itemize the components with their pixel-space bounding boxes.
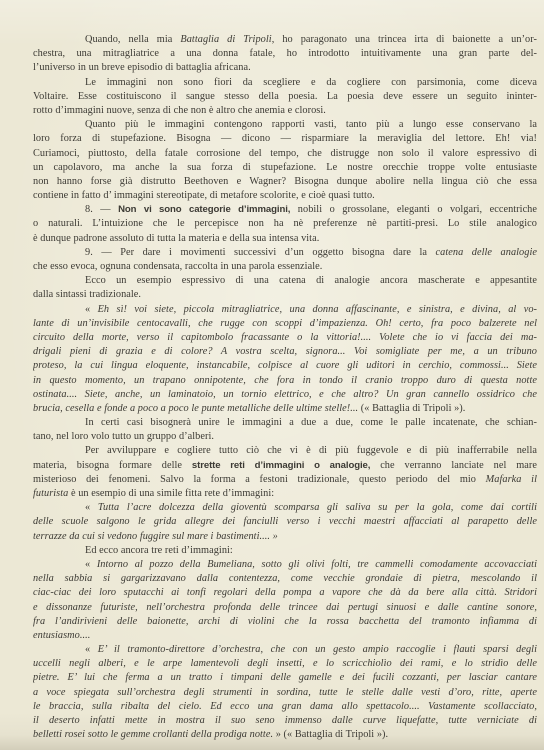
text-segment: « xyxy=(85,502,98,513)
text-line: a voce spiegata sull’orchestra degli str… xyxy=(33,686,537,700)
italic-text-segment: le braccia, sulla ribalta del cielo. Ed … xyxy=(33,701,537,712)
paragraph: Quanto più le immagini contengono rappor… xyxy=(33,118,537,203)
text-segment: misterioso dei fenomeni. Salvo la forma … xyxy=(33,474,486,485)
book-page: Quando, nella mia Battaglia di Tripoli, … xyxy=(0,0,544,750)
text-line: il deserto infatti mette in mostra il su… xyxy=(33,714,537,728)
text-line: Ecco un esempio espressivo di una catena… xyxy=(33,274,537,288)
paragraph: « Intorno al pozzo della Bumeliana, sott… xyxy=(33,558,537,643)
text-segment: In certi casi bisognerà unire le immagin… xyxy=(85,417,537,428)
text-segment: Quando, nella mia xyxy=(85,34,180,45)
text-segment: « xyxy=(85,644,98,655)
text-line: « E’ il tramonto-direttore d’orchestra, … xyxy=(33,643,537,657)
text-line: delle scuole salgono le grida allegre de… xyxy=(33,515,537,529)
text-line: chestra, una mitragliatrice a una donna … xyxy=(33,47,537,61)
text-line: ostinata.... Siete, anche, un laminatoio… xyxy=(33,388,537,402)
text-line: che esso evoca, ognuna condensata, racco… xyxy=(33,260,537,274)
italic-text-segment: a voce spiegata sull’orchestra degli str… xyxy=(33,687,537,698)
text-segment: Voltaire. Esse costituiscono il sangue s… xyxy=(33,91,537,102)
text-line: misterioso dei fenomeni. Salvo la forma … xyxy=(33,473,537,487)
paragraph: Per avviluppare e cogliere tutto ciò che… xyxy=(33,444,537,501)
text-segment: un capolavoro, ma anche la sua forza di … xyxy=(33,162,537,173)
text-line: terrazze da cui si vedono fuggire sul ma… xyxy=(33,530,537,544)
text-line: « Tutta l’acre dolcezza della gioventù s… xyxy=(33,501,537,515)
text-line: è dunque padrone assoluto di tutta la ma… xyxy=(33,232,537,246)
text-line: Quando, nella mia Battaglia di Tripoli, … xyxy=(33,33,537,47)
text-line: lante di un’invisibile centocavalli, che… xyxy=(33,317,537,331)
text-line: futurista è un esempio di una simile fit… xyxy=(33,487,537,501)
italic-text-segment: circuito della morte, verso il capitombo… xyxy=(33,332,537,343)
bold-text-segment: Non vi sono categorie d’immagini, xyxy=(118,204,290,215)
text-line: pietre. E’ lui che ferma a un tratto i t… xyxy=(33,671,537,685)
italic-text-segment: Eh sì! voi siete, piccola mitragliatrice… xyxy=(98,304,537,315)
text-segment: 9. — Per dare i movimenti successivi d’u… xyxy=(85,247,436,258)
text-line: Quanto più le immagini contengono rappor… xyxy=(33,118,537,132)
text-segment: o naturali. L’intuizione che le percepis… xyxy=(33,218,537,229)
text-line: Per avviluppare e cogliere tutto ciò che… xyxy=(33,444,537,458)
paragraph: 9. — Per dare i movimenti successivi d’u… xyxy=(33,246,537,274)
text-segment: « xyxy=(85,559,97,570)
text-line: tano, nel loro volo tutto un gruppo d’al… xyxy=(33,430,537,444)
italic-text-segment: proteso, la cui lingua eloquente, instan… xyxy=(33,360,537,371)
text-line: o naturali. L’intuizione che le percepis… xyxy=(33,217,537,231)
text-line: loro forza di stupefazione. Bisogna — di… xyxy=(33,132,537,146)
text-segment: « xyxy=(85,304,98,315)
italic-text-segment: terrazze da cui si vedono fuggire sul ma… xyxy=(33,531,278,542)
italic-text-segment: Tutta l’acre dolcezza della gioventù sco… xyxy=(98,502,537,513)
italic-text-segment: ciac-ciac dei loro sputacchi ai tonfi re… xyxy=(33,587,537,598)
text-segment: dalla sintassi tradizionale. xyxy=(33,289,141,300)
text-segment: è un esempio di una simile fitta rete d’… xyxy=(68,488,274,499)
text-segment: , ho paragonato una trincea irta di baio… xyxy=(272,34,537,45)
paragraph: Le immagini non sono fiori da scegliere … xyxy=(33,76,537,119)
italic-text-segment: uccelli negli alberi, e le arpe lamentev… xyxy=(33,658,537,669)
text-segment: Curiamoci, piuttosto, della fatale corro… xyxy=(33,148,537,159)
text-line: uccelli negli alberi, e le arpe lamentev… xyxy=(33,657,537,671)
text-line: Ed ecco ancora tre reti d’immagini: xyxy=(33,544,537,558)
page-text: Quando, nella mia Battaglia di Tripoli, … xyxy=(33,33,537,742)
text-line: proteso, la cui lingua eloquente, instan… xyxy=(33,359,537,373)
text-line: brucia, cesella e fonde a poco a poco le… xyxy=(33,402,537,416)
italic-text-segment: drigali pieni di grazia e di colore? A v… xyxy=(33,346,537,357)
italic-text-segment: delle scuole salgono le grida allegre de… xyxy=(33,516,537,527)
text-segment: Quanto più le immagini contengono rappor… xyxy=(85,119,537,130)
text-line: Curiamoci, piuttosto, della fatale corro… xyxy=(33,147,537,161)
text-line: dalla sintassi tradizionale. xyxy=(33,288,537,302)
text-line: e dissonanze futuriste, nell’orchestra p… xyxy=(33,601,537,615)
italic-text-segment: entusiasmo.... xyxy=(33,630,90,641)
text-segment: Per avviluppare e cogliere tutto ciò che… xyxy=(85,445,537,456)
text-line: l’universo in un breve episodio di batta… xyxy=(33,61,537,75)
text-segment: nobili o grossolane, eleganti o volgari,… xyxy=(290,204,537,215)
text-line: in questo momento, un trapano onnipotent… xyxy=(33,374,537,388)
text-line: rotto d’immagini nuove, senza di che non… xyxy=(33,104,537,118)
bold-text-segment: strette reti d’immagini o analogie, xyxy=(192,460,370,471)
text-line: 9. — Per dare i movimenti successivi d’u… xyxy=(33,246,537,260)
text-segment: contiene in fatto d’ immagini stereotipa… xyxy=(33,190,375,201)
italic-text-segment: futurista xyxy=(33,488,68,499)
text-line: ciac-ciac dei loro sputacchi ai tonfi re… xyxy=(33,586,537,600)
text-segment: che esso evoca, ognuna condensata, racco… xyxy=(33,261,322,272)
text-segment: Le immagini non sono fiori da scegliere … xyxy=(85,77,537,88)
italic-text-segment: pietre. E’ lui che ferma a un tratto i t… xyxy=(33,672,537,683)
italic-text-segment: lante di un’invisibile centocavalli, che… xyxy=(33,318,537,329)
text-line: Le immagini non sono fiori da scegliere … xyxy=(33,76,537,90)
text-line: le braccia, sulla ribalta del cielo. Ed … xyxy=(33,700,537,714)
italic-text-segment: nella sabbia si gargarizzavano dalla con… xyxy=(33,573,537,584)
text-segment: è dunque padrone assoluto di tutta la ma… xyxy=(33,233,319,244)
paragraph: In certi casi bisognerà unire le immagin… xyxy=(33,416,537,444)
italic-text-segment: Intorno al pozzo della Bumeliana, sotto … xyxy=(97,559,537,570)
text-line: nella sabbia si gargarizzavano dalla con… xyxy=(33,572,537,586)
text-segment: rotto d’immagini nuove, senza di che non… xyxy=(33,105,326,116)
text-segment: loro forza di stupefazione. Bisogna — di… xyxy=(33,133,537,144)
text-line: drigali pieni di grazia e di colore? A v… xyxy=(33,345,537,359)
italic-text-segment: il deserto infatti mette in mostra il su… xyxy=(33,715,537,726)
paragraph: Ecco un esempio espressivo di una catena… xyxy=(33,274,537,302)
text-segment: Ed ecco ancora tre reti d’immagini: xyxy=(85,545,233,556)
text-line: fra l’andirivieni delle baionette, archi… xyxy=(33,615,537,629)
text-segment: materia, bisogna formare delle xyxy=(33,460,192,471)
text-segment: tano, nel loro volo tutto un gruppo d’al… xyxy=(33,431,214,442)
text-segment: Ecco un esempio espressivo di una catena… xyxy=(85,275,537,286)
text-line: belletti rosei sotto le gemme crollanti … xyxy=(33,728,537,742)
text-line: circuito della morte, verso il capitombo… xyxy=(33,331,537,345)
text-segment: 8. — xyxy=(85,204,118,215)
text-line: entusiasmo.... xyxy=(33,629,537,643)
text-segment: che verranno lanciate nel mare xyxy=(370,460,537,471)
text-line: Voltaire. Esse costituiscono il sangue s… xyxy=(33,90,537,104)
text-line: 8. — Non vi sono categorie d’immagini, n… xyxy=(33,203,537,217)
italic-text-segment: brucia, cesella e fonde a poco a poco le… xyxy=(33,403,358,414)
italic-text-segment: ostinata.... Siete, anche, un laminatoio… xyxy=(33,389,537,400)
text-segment: chestra, una mitragliatrice a una donna … xyxy=(33,48,537,59)
text-line: un capolavoro, ma anche la sua forza di … xyxy=(33,161,537,175)
text-segment: (« Battaglia di Tripoli »). xyxy=(358,403,465,414)
italic-text-segment: E’ il tramonto-direttore d’orchestra, ch… xyxy=(98,644,537,655)
paragraph: Ed ecco ancora tre reti d’immagini: xyxy=(33,544,537,558)
text-line: materia, bisogna formare delle strette r… xyxy=(33,459,537,473)
text-segment: non hanno forse già distrutto Beethoven … xyxy=(33,176,537,187)
italic-text-segment: catena delle analogie xyxy=(436,247,537,258)
text-line: In certi casi bisognerà unire le immagin… xyxy=(33,416,537,430)
italic-text-segment: e dissonanze futuriste, nell’orchestra p… xyxy=(33,602,537,613)
text-line: contiene in fatto d’ immagini stereotipa… xyxy=(33,189,537,203)
paragraph: « Eh sì! voi siete, piccola mitragliatri… xyxy=(33,303,537,417)
text-line: non hanno forse già distrutto Beethoven … xyxy=(33,175,537,189)
paragraph: « E’ il tramonto-direttore d’orchestra, … xyxy=(33,643,537,742)
text-line: « Intorno al pozzo della Bumeliana, sott… xyxy=(33,558,537,572)
paragraph: « Tutta l’acre dolcezza della gioventù s… xyxy=(33,501,537,544)
italic-text-segment: Mafarka il xyxy=(486,474,537,485)
italic-text-segment: belletti rosei sotto le gemme crollanti … xyxy=(33,729,273,740)
italic-text-segment: fra l’andirivieni delle baionette, archi… xyxy=(33,616,537,627)
paragraph: Quando, nella mia Battaglia di Tripoli, … xyxy=(33,33,537,76)
italic-text-segment: Battaglia di Tripoli xyxy=(180,34,271,45)
text-line: « Eh sì! voi siete, piccola mitragliatri… xyxy=(33,303,537,317)
italic-text-segment: in questo momento, un trapano onnipotent… xyxy=(33,375,537,386)
text-segment: » (« Battaglia di Tripoli »). xyxy=(273,729,388,740)
paragraph: 8. — Non vi sono categorie d’immagini, n… xyxy=(33,203,537,246)
text-segment: l’universo in un breve episodio di batta… xyxy=(33,62,251,73)
